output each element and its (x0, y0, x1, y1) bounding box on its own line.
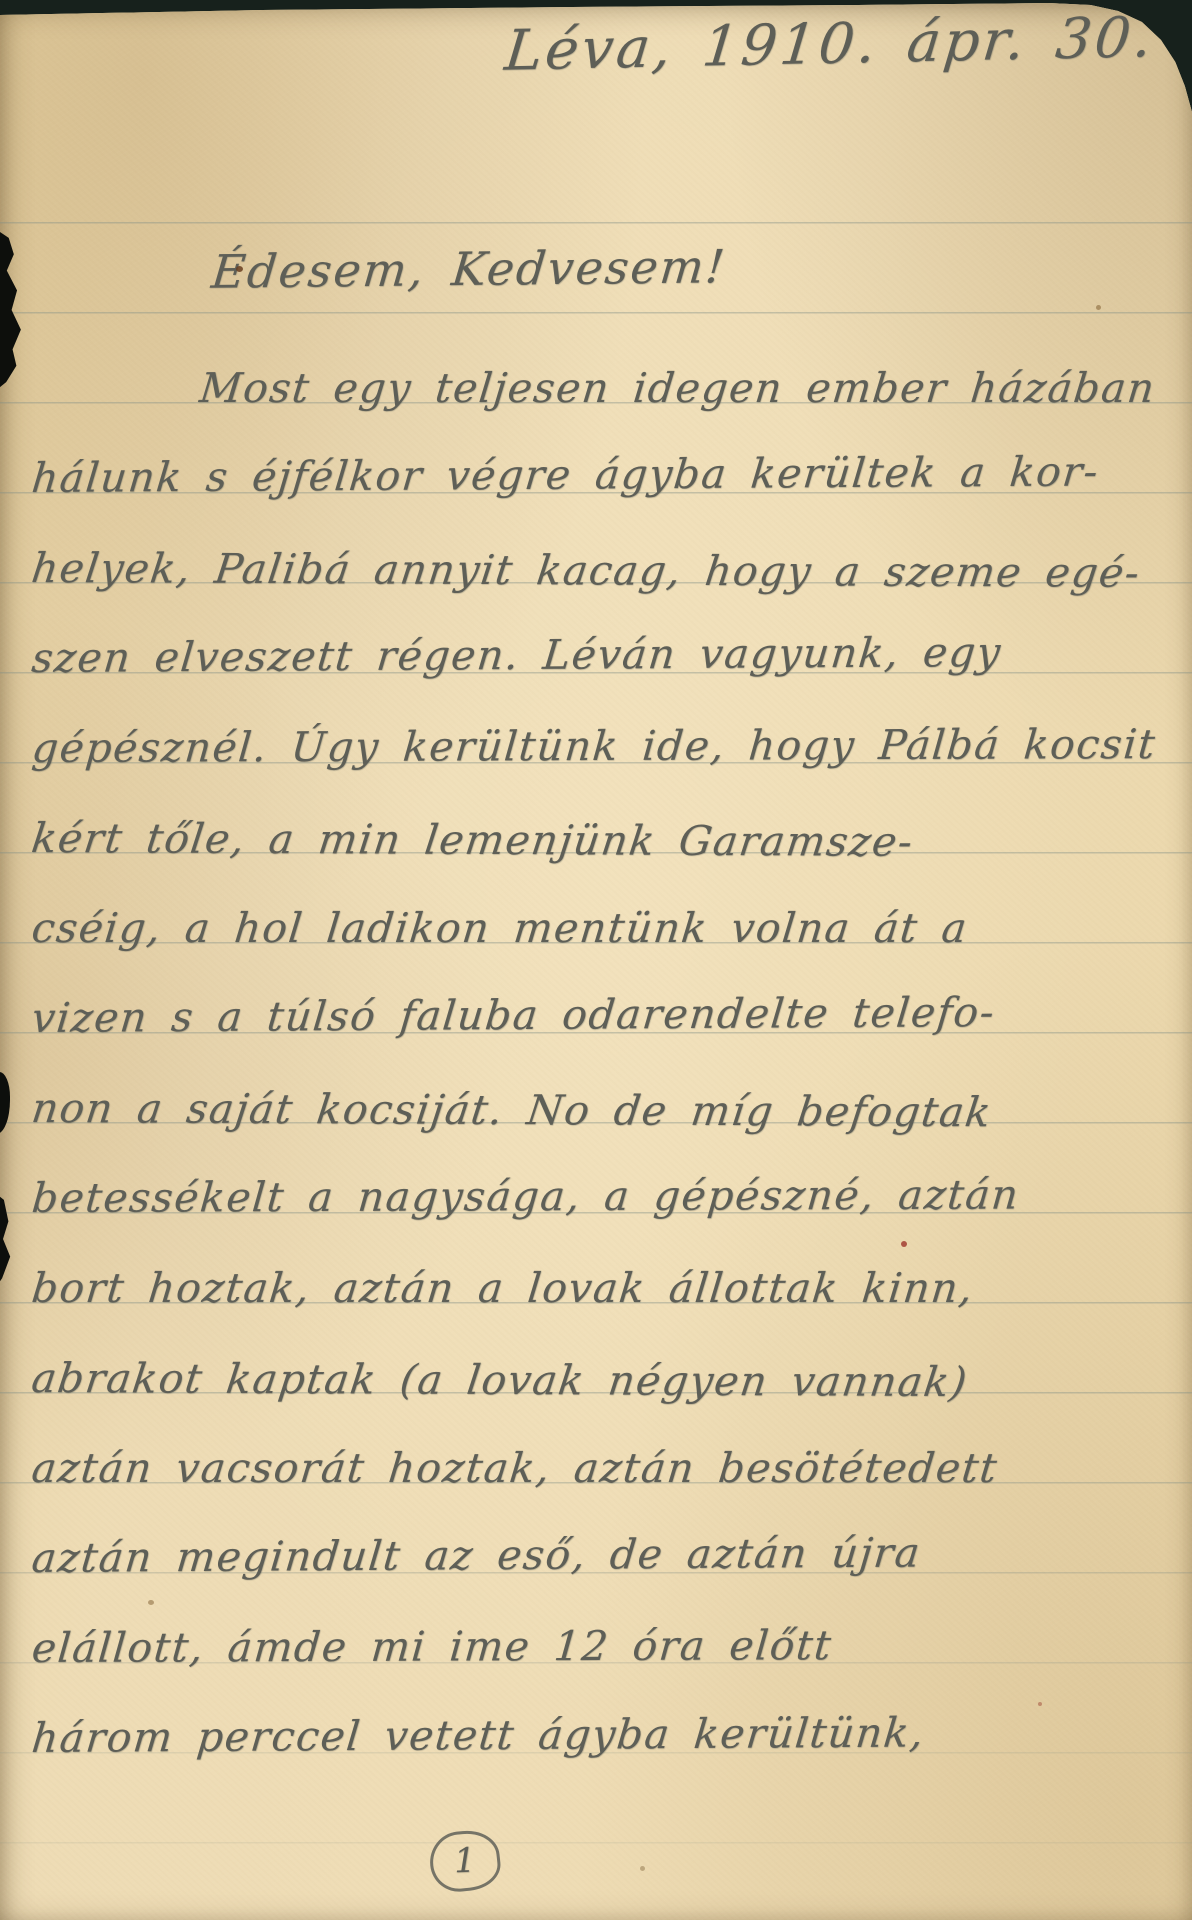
handwriting-line: aztán megindult az eső, de aztán újra (28, 1506, 1192, 1603)
page-number: 1 (454, 1844, 477, 1879)
handwriting-line: abrakot kaptak (a lovak négyen vannak) (26, 1333, 1191, 1428)
paper-stain (1096, 305, 1101, 310)
handwriting-line: három perccel vetett ágyba kerültünk, (28, 1686, 1192, 1783)
handwriting-line: aztán vacsorát hoztak, aztán besötétedet… (27, 1423, 1190, 1513)
handwriting-line: hálunk s éjfélkor végre ágyba kerültek a… (28, 426, 1192, 523)
handwriting-line: Most egy teljesen idegen ember házában (27, 343, 1190, 433)
ink-blotch (0, 228, 26, 392)
handwriting-line: kért tőle, a min lemenjünk Garamsze- (26, 793, 1191, 888)
paper-sheet: Léva, 1910. ápr. 30. Édesem, Kedvesem! M… (0, 0, 1192, 1920)
handwriting-line: vizen s a túlsó faluba odarendelte telef… (28, 966, 1192, 1063)
ink-blotch (0, 1192, 12, 1290)
handwriting-line: szen elveszett régen. Léván vagyunk, egy (28, 606, 1192, 703)
handwriting-line: bort hoztak, aztán a lovak állottak kinn… (27, 1243, 1190, 1333)
handwriting-line: helyek, Palibá annyit kacag, hogy a szem… (26, 523, 1191, 618)
handwriting-line: cséig, a hol ladikon mentünk volna át a (27, 883, 1190, 973)
salutation: Édesem, Kedvesem! (209, 239, 729, 298)
page-number-circle: 1 (427, 1828, 503, 1895)
handwriting-line: elállott, ámde mi ime 12 óra előtt (28, 1599, 1190, 1693)
handwriting-line: non a saját kocsiját. No de míg befogtak (26, 1063, 1191, 1158)
handwriting-line: gépésznél. Úgy kerültünk ide, hogy Pálbá… (28, 699, 1190, 793)
letter-body: Most egy teljesen idegen ember házában h… (32, 343, 1186, 1783)
date-line: Léva, 1910. ápr. 30. (502, 5, 1158, 84)
paper-stain (640, 1866, 645, 1871)
ink-blotch (0, 1072, 10, 1134)
handwriting-line: betessékelt a nagysága, a gépészné, aztá… (28, 1149, 1190, 1243)
